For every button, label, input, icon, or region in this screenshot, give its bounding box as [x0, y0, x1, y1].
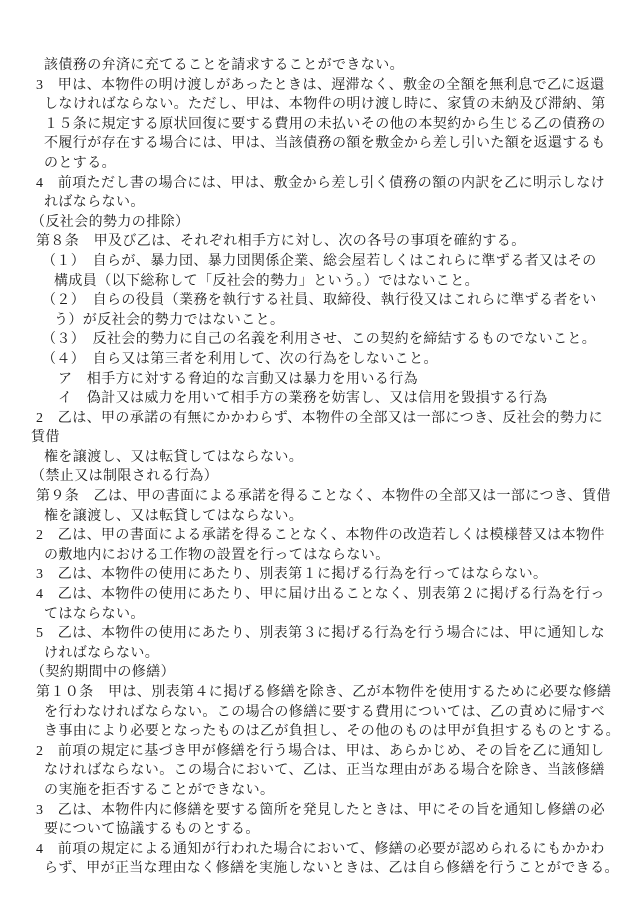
document-line: （３） 反社会的勢力に自己の名義を利用させ、この契約を締結するものでないこと。 — [0, 330, 610, 350]
document-line: イ 偽計又は威力を用いて相手方の業務を妨害し、又は信用を毀損する行為 — [0, 389, 610, 409]
document-line: なければならない。この場合において、乙は、正当な理由がある場合を除き、当該修繕 — [0, 761, 610, 781]
document-line: 賃借 — [0, 428, 610, 448]
document-line: ア 相手方に対する脅迫的な言動又は暴力を用いる行為 — [0, 370, 610, 390]
document-line: き事由により必要となったものは乙が負担し、その他のものは甲が負担するものとする。 — [0, 722, 610, 742]
document-line: 4 乙は、本物件の使用にあたり、甲に届け出ることなく、別表第２に掲げる行為を行っ — [0, 585, 610, 605]
document-line: ければならない。 — [0, 644, 610, 664]
document-line: 4 前項ただし書の場合には、甲は、敷金から差し引く債務の額の内訳を乙に明示しなけ — [0, 174, 610, 194]
document-line: 2 前項の規定に基づき甲が修繕を行う場合は、甲は、あらかじめ、その旨を乙に通知し — [0, 742, 610, 762]
document-line: 3 乙は、本物件内に修繕を要する箇所を発見したときは、甲にその旨を通知し修繕の必 — [0, 801, 610, 821]
document-line: らず、甲が正当な理由なく修繕を実施しないときは、乙は自ら修繕を行うことができる。 — [0, 859, 610, 879]
document-line: （禁止又は制限される行為） — [0, 467, 610, 487]
document-line: 第８条 甲及び乙は、それぞれ相手方に対し、次の各号の事項を確約する。 — [0, 232, 610, 252]
document-line: 不履行が存在する場合には、甲は、当該債務の額を敷金から差し引いた額を返還するも — [0, 134, 610, 154]
document-line: 3 乙は、本物件の使用にあたり、別表第１に掲げる行為を行ってはならない。 — [0, 565, 610, 585]
document-line: 4 前項の規定による通知が行われた場合において、修繕の必要が認められるにもかかわ — [0, 840, 610, 860]
document-line: 5 乙は、本物件の使用にあたり、別表第３に掲げる行為を行う場合には、甲に通知しな — [0, 624, 610, 644]
document-line: （１） 自らが、暴力団、暴力団関係企業、総会屋若しくはこれらに準ずる者又はその — [0, 252, 610, 272]
document-line: 2 乙は、甲の書面による承諾を得ることなく、本物件の改造若しくは模様替又は本物件 — [0, 526, 610, 546]
document-line: を行わなければならない。この場合の修繕に要する費用については、乙の責めに帰すべ — [0, 703, 610, 723]
document-line: しなければならない。ただし、甲は、本物件の明け渡し時に、家賃の未納及び滞納、第 — [0, 95, 610, 115]
document-line: てはならない。 — [0, 605, 610, 625]
document-line: 第９条 乙は、甲の書面による承諾を得ることなく、本物件の全部又は一部につき、賃借 — [0, 487, 610, 507]
document-line: の実施を拒否することができない。 — [0, 781, 610, 801]
document-line: 該債務の弁済に充てることを請求することができない。 — [0, 56, 610, 76]
document-line: 権を譲渡し、又は転貸してはならない。 — [0, 507, 610, 527]
document-line: のとする。 — [0, 154, 610, 174]
document-line: う）が反社会的勢力ではないこと。 — [0, 311, 610, 331]
document-line: （反社会的勢力の排除） — [0, 213, 610, 233]
document-line: （２） 自らの役員（業務を執行する社員、取締役、執行役又はこれらに準ずる者をい — [0, 291, 610, 311]
document-line: 要について協議するものとする。 — [0, 820, 610, 840]
document-line: 構成員（以下総称して「反社会的勢力」という。）ではないこと。 — [0, 272, 610, 292]
contract-document-page: 該債務の弁済に充てることを請求することができない。3 甲は、本物件の明け渡しがあ… — [0, 0, 630, 903]
document-body: 該債務の弁済に充てることを請求することができない。3 甲は、本物件の明け渡しがあ… — [0, 56, 610, 879]
document-line: 3 甲は、本物件の明け渡しがあったときは、遅滞なく、敷金の全額を無利息で乙に返還 — [0, 76, 610, 96]
document-line: １５条に規定する原状回復に要する費用の未払いその他の本契約から生じる乙の債務の — [0, 115, 610, 135]
document-line: ればならない。 — [0, 193, 610, 213]
document-line: 権を譲渡し、又は転貸してはならない。 — [0, 448, 610, 468]
document-line: （４） 自ら又は第三者を利用して、次の行為をしないこと。 — [0, 350, 610, 370]
document-line: （契約期間中の修繕） — [0, 663, 610, 683]
document-line: 第１０条 甲は、別表第４に掲げる修繕を除き、乙が本物件を使用するために必要な修繕 — [0, 683, 610, 703]
document-line: 2 乙は、甲の承諾の有無にかかわらず、本物件の全部又は一部につき、反社会的勢力に — [0, 409, 610, 429]
document-line: の敷地内における工作物の設置を行ってはならない。 — [0, 546, 610, 566]
